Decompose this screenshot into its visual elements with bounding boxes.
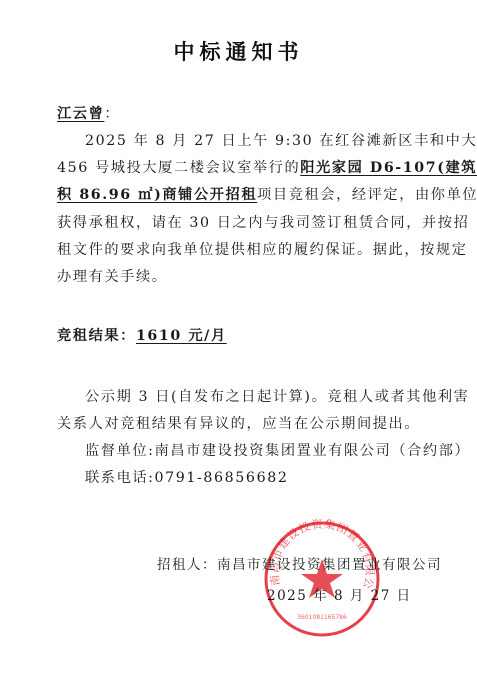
property-area: 积 86.96 ㎡)商铺公开招租 bbox=[57, 187, 257, 203]
document-page: 中标通知书 江云曾： 2025 年 8 月 27 日上午 9:30 在红谷滩新区… bbox=[0, 0, 477, 673]
body-line-3-text: 项目竞租会，经评定，由你单位 bbox=[257, 187, 477, 203]
company-seal-icon: 南昌市建设投资集团置业有限公司 3601081165786 bbox=[262, 519, 382, 639]
recipient-colon: ： bbox=[104, 106, 120, 122]
contact-line: 联系电话:0791-86856682 bbox=[85, 468, 288, 488]
body-line-2: 456 号城投大厦二楼会议室举行的阳光家园 D6-107(建筑面 bbox=[57, 158, 477, 178]
body-line-6: 办理有关手续。 bbox=[57, 267, 168, 287]
property-name: 阳光家园 D6-107(建筑面 bbox=[300, 160, 477, 176]
recipient-name: 江云曾 bbox=[57, 106, 104, 122]
supervisor-line: 监督单位:南昌市建设投资集团置业有限公司（合约部） bbox=[85, 441, 470, 461]
signature-date: 2025 年 8 月 27 日 bbox=[267, 584, 412, 604]
result-label: 竞租结果： bbox=[57, 328, 136, 344]
notice-line-1: 公示期 3 日(自发布之日起计算)。竞租人或者其他利害 bbox=[85, 387, 469, 407]
notice-line-2: 关系人对竞租结果有异议的，应当在公示期间提出。 bbox=[57, 414, 420, 434]
document-title: 中标通知书 bbox=[0, 36, 477, 66]
recipient-line: 江云曾： bbox=[57, 104, 120, 124]
result-value: 1610 元/月 bbox=[136, 328, 227, 344]
body-line-1: 2025 年 8 月 27 日上午 9:30 在红谷滩新区丰和中大道 bbox=[85, 131, 477, 151]
body-line-3: 积 86.96 ㎡)商铺公开招租项目竞租会，经评定，由你单位 bbox=[57, 185, 477, 205]
svg-text:3601081165786: 3601081165786 bbox=[297, 614, 347, 621]
body-line-4: 获得承租权，请在 30 日之内与我司签订租赁合同，并按招 bbox=[57, 213, 469, 233]
body-line-5: 租文件的要求向我单位提供相应的履约保证。据此，按规定 bbox=[57, 240, 467, 260]
result-line: 竞租结果：1610 元/月 bbox=[57, 326, 227, 346]
lessor-signature: 招租人：南昌市建设投资集团置业有限公司 bbox=[157, 553, 442, 573]
body-line-2-text: 456 号城投大厦二楼会议室举行的 bbox=[57, 160, 300, 176]
